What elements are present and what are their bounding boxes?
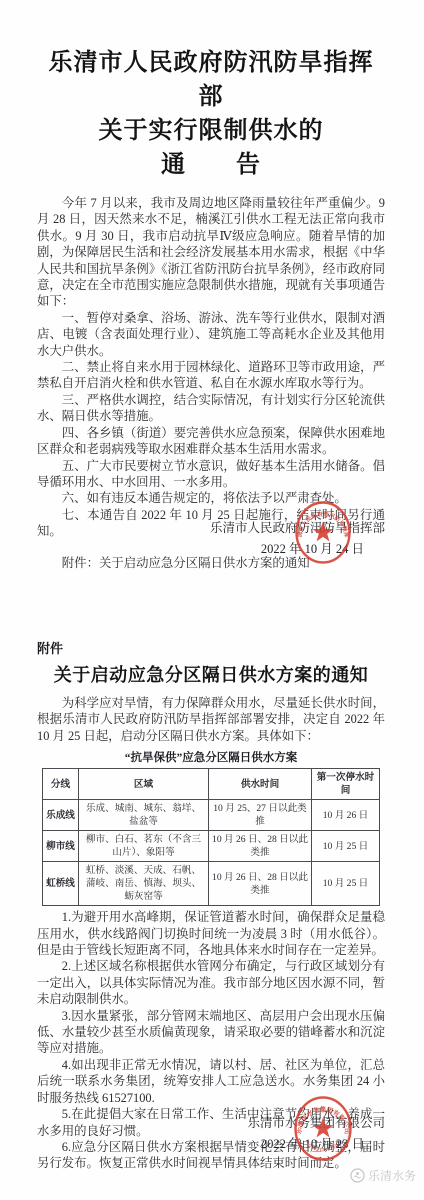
official-seal-command-icon: 乐清市人民政府防汛防旱指挥部: [294, 500, 352, 565]
notice-item-5: 五、广大市民要树立节水意识，做好基本生活用水储备。倡导循环用水、中水回用、一水多…: [37, 458, 385, 491]
table-row: 乐成线 乐成、城南、城东、翁垟、盐盆等 10 月 25、27 日以此类推 10 …: [43, 800, 380, 831]
col-header-line: 分线: [43, 769, 79, 800]
cell-first-stop: 10 月 25 日: [312, 862, 380, 906]
table-row: 柳市线 柳市、白石、茗东（不含三山片）、象阳等 10 月 26 日、28 日以此…: [43, 831, 380, 862]
water-supply-schedule-table: 分线 区域 供水时间 第一次停水时间 乐成线 乐成、城南、城东、翁垟、盐盆等 1…: [42, 768, 380, 906]
table-row: 虹桥线 虹桥、淡溪、天成、石帆、蒲岐、南岳、慎海、坝头、蛎灰窑等 10 月 26…: [43, 862, 380, 906]
title-line-1: 乐清市人民政府防汛防旱指挥部: [37, 46, 385, 114]
seal-number-text: 1038210191910: [305, 1141, 342, 1153]
notice-intro: 今年 7 月以来，我市及周边地区降雨量较往年严重偏少。9 月 28 日，因天然来…: [37, 195, 385, 310]
cell-supply: 10 月 25、27 日以此类推: [209, 800, 312, 831]
table-header-row: 分线 区域 供水时间 第一次停水时间: [43, 769, 380, 800]
attachment-title: 关于启动应急分区隔日供水方案的通知: [37, 663, 385, 687]
cell-supply: 10 月 26 日、28 日以此类推: [209, 831, 312, 862]
cell-first-stop: 10 月 26 日: [312, 800, 380, 831]
cell-region: 柳市、白石、茗东（不含三山片）、象阳等: [79, 831, 209, 862]
cell-line: 虹桥线: [43, 862, 79, 906]
col-header-first-stop: 第一次停水时间: [312, 769, 380, 800]
cell-first-stop: 10 月 25 日: [312, 831, 380, 862]
notice-item-1: 一、暂停对桑拿、浴场、游泳、洗车等行业供水，限制对酒店、电镀（含表面处理行业）、…: [37, 310, 385, 359]
title-line-2: 关于实行限制供水的: [37, 114, 385, 148]
notice-item-2: 二、禁止将自来水用于园林绿化、道路环卫等市政用途，严禁私自开启消火栓和供水管道、…: [37, 359, 385, 392]
cell-region: 虹桥、淡溪、天成、石帆、蒲岐、南岳、慎海、坝头、蛎灰窑等: [79, 862, 209, 906]
attachment-intro: 为科学应对旱情，有力保障群众用水，尽量延长供水时间，根据乐清市人民政府防汛防旱指…: [37, 695, 385, 744]
note-1: 1.为避开用水高峰期，保证管道蓄水时间，确保群众足量稳压用水，供水线路阀门切换时…: [37, 909, 385, 958]
attachment-label: 附件: [37, 638, 385, 657]
notice-item-3: 三、严格供水调控，结合实际情况，有计划实行分区轮流供水、隔日供水等措施。: [37, 392, 385, 425]
note-3: 3.因水量紧张，部分管网末端地区、高层用户会出现水压偏低、水量较少甚至水质偏黄现…: [37, 1008, 385, 1057]
cell-line: 乐成线: [43, 800, 79, 831]
document-page: 乐清市人民政府防汛防旱指挥部 关于实行限制供水的 通 告 今年 7 月以来，我市…: [0, 0, 424, 1200]
notice-item-4: 四、各乡镇（街道）要完善供水应急预案，保障供水困难地区群众和老弱病残等取水困难群…: [37, 425, 385, 458]
brand-watermark: 乐清水务: [350, 1167, 416, 1184]
svg-text:1038210191910: 1038210191910: [305, 1141, 342, 1153]
star-icon: [313, 522, 334, 542]
cell-supply: 10 月 26 日、28 日以此类推: [209, 862, 312, 906]
notice-document: 乐清市人民政府防汛防旱指挥部 关于实行限制供水的 通 告 今年 7 月以来，我市…: [0, 0, 424, 571]
page-title: 乐清市人民政府防汛防旱指挥部 关于实行限制供水的 通 告: [37, 46, 385, 182]
water-brand-logo-icon: [350, 1168, 365, 1183]
brand-watermark-label: 乐清水务: [368, 1167, 416, 1184]
cell-region: 乐成、城南、城东、翁垟、盐盆等: [79, 800, 209, 831]
official-seal-water-group-icon: 乐清市水务集团有限公司 1038210191910: [293, 1095, 353, 1162]
note-2: 2.上述区域名称根据供水管网分布确定，与行政区域划分有一定出入，以具体实际情况为…: [37, 958, 385, 1007]
col-header-supply-time: 供水时间: [209, 769, 312, 800]
attachment-document: 附件 关于启动应急分区隔日供水方案的通知 为科学应对旱情，有力保障群众用水，尽量…: [0, 638, 424, 1172]
col-header-region: 区域: [79, 769, 209, 800]
title-line-3: 通 告: [37, 148, 385, 182]
schedule-table-title: “抗旱保供”应急分区隔日供水方案: [37, 749, 385, 765]
cell-line: 柳市线: [43, 831, 79, 862]
star-icon: [313, 1118, 334, 1138]
